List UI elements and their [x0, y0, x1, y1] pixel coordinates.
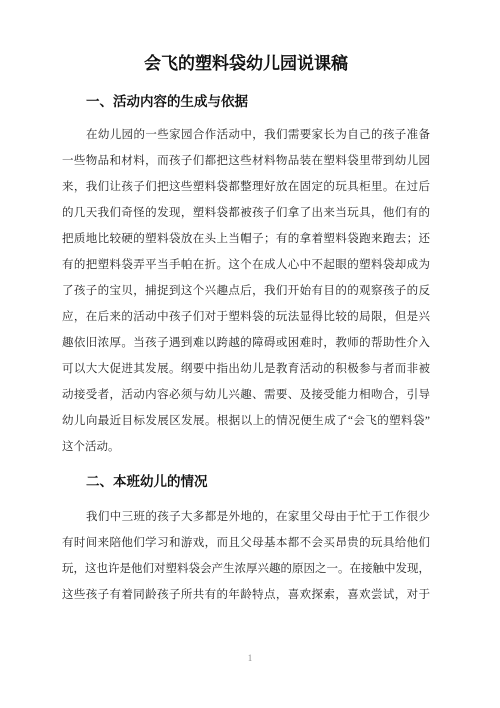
paragraph-line: 有时间来陪他们学习和游戏，而且父母基本都不会买昂贵的玩具给他们	[62, 530, 430, 556]
paragraph-line: 可以大大促进其发展。纲要中指出幼儿是教育活动的积极参与者而非被	[62, 356, 430, 382]
paragraph-line: 的几天我们奇怪的发现，塑料袋都被孩子们拿了出来当玩具，他们有的	[62, 200, 430, 226]
paragraph-line: 这些孩子有着同龄孩子所共有的年龄特点，喜欢探索，喜欢尝试，对于	[62, 582, 430, 608]
document-page: 会飞的塑料袋幼儿园说课稿 一、活动内容的生成与依据 在幼儿园的一些家园合作活动中…	[0, 0, 500, 708]
document-title: 会飞的塑料袋幼儿园说课稿	[62, 50, 430, 78]
paragraph-2: 我们中三班的孩子大多都是外地的，在家里父母由于忙于工作很少 有时间来陪他们学习和…	[62, 504, 430, 608]
paragraph-line: 这个活动。	[62, 434, 430, 460]
section-heading-1: 一、活动内容的生成与依据	[62, 92, 430, 112]
section-heading-2: 二、本班幼儿的情况	[62, 472, 430, 492]
paragraph-line: 幼儿向最近目标发展区发展。根据以上的情况便生成了“会飞的塑料袋”	[62, 408, 430, 434]
paragraph-line: 一些物品和材料，而孩子们都把这些材料物品装在塑料袋里带到幼儿园	[62, 148, 430, 174]
paragraph-line: 应，在后来的活动中孩子们对于塑料袋的玩法显得比较的局限，但是兴	[62, 304, 430, 330]
paragraph-line: 动接受者，活动内容必须与幼儿兴趣、需要、及接受能力相吻合，引导	[62, 382, 430, 408]
paragraph-line: 来，我们让孩子们把这些塑料袋都整理好放在固定的玩具柜里。在过后	[62, 174, 430, 200]
paragraph-line: 在幼儿园的一些家园合作活动中，我们需要家长为自己的孩子准备	[62, 122, 430, 148]
paragraph-line: 把质地比较硬的塑料袋放在头上当帽子；有的拿着塑料袋跑来跑去；还	[62, 226, 430, 252]
paragraph-line: 趣依旧浓厚。当孩子遇到难以跨越的障碍或困难时，教师的帮助性介入	[62, 330, 430, 356]
paragraph-1: 在幼儿园的一些家园合作活动中，我们需要家长为自己的孩子准备 一些物品和材料，而孩…	[62, 122, 430, 460]
paragraph-line: 玩，这也许是他们对塑料袋会产生浓厚兴趣的原因之一。在接触中发现，	[62, 556, 430, 582]
paragraph-line: 了孩子的宝贝，捕捉到这个兴趣点后，我们开始有目的的观察孩子的反	[62, 278, 430, 304]
paragraph-line: 有的把塑料袋弄平当手帕在折。这个在成人心中不起眼的塑料袋却成为	[62, 252, 430, 278]
paragraph-line: 我们中三班的孩子大多都是外地的，在家里父母由于忙于工作很少	[62, 504, 430, 530]
page-number: 1	[0, 653, 500, 664]
